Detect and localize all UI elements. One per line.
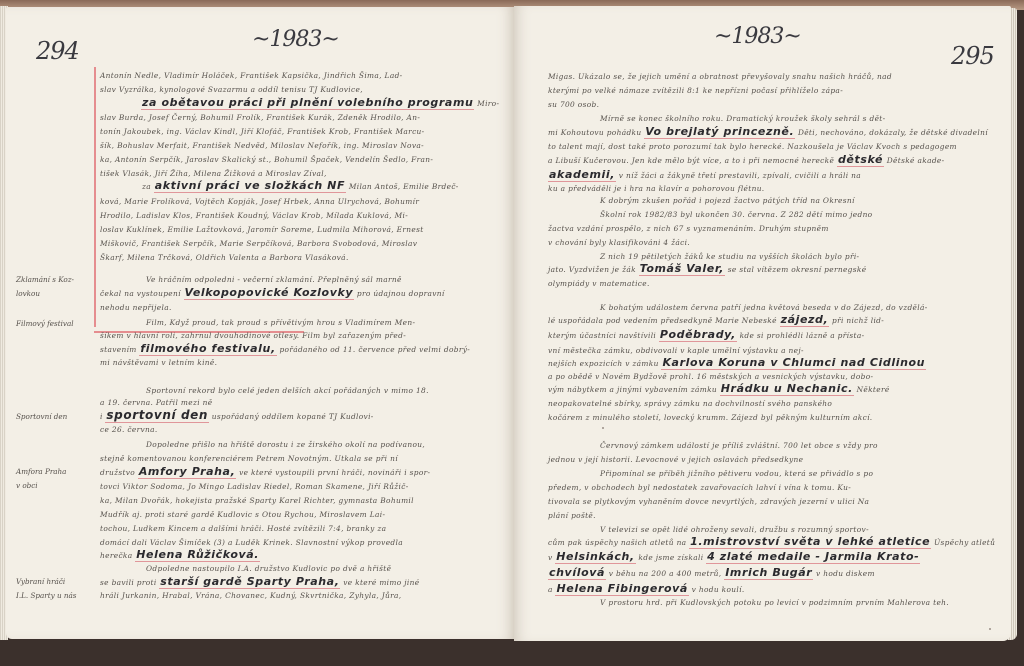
text-line: jato. Vyzdvižen je žák Tomáš Valer, se s… xyxy=(548,262,866,275)
text-line: K bohatým událostem června patří jedna k… xyxy=(600,303,928,312)
text-line: ku a předváděli je i hra na klavír a poh… xyxy=(548,184,765,193)
text-line: Ve hráčním odpoledni - večerní zklamání.… xyxy=(146,275,402,284)
text-line: herečka Helena Růžičková. xyxy=(100,548,260,561)
text-line: Mírně se konec školního roku. Dramatický… xyxy=(600,114,885,123)
highlight: zájezd, xyxy=(780,313,830,327)
highlight: Karlova Koruna v Chlumci nad Cidlinou xyxy=(661,356,926,370)
year-heading: ~1983~ xyxy=(714,24,801,49)
ink-speck xyxy=(602,427,604,429)
text-line: tivovala se plytkovým vyhaněním dovce ne… xyxy=(548,497,869,506)
text-line: předem, v obchodech byl nedostatek zavař… xyxy=(548,483,851,492)
text-line: Škarf, Milena Trčková, Oldřich Valenta a… xyxy=(100,253,349,262)
text-line: Z nich 19 pětiletých žáků ke studiu na v… xyxy=(600,252,859,261)
text-line: plání poště. xyxy=(548,511,596,520)
text-line: domácí dali Václav Šimíček (3) a Luděk K… xyxy=(100,538,403,547)
highlight: chvílová xyxy=(548,566,606,580)
text-line: a Libuší Kučerovou. Jen kde mělo být víc… xyxy=(548,153,944,166)
text-line: Školní rok 1982/83 byl ukončen 30. červn… xyxy=(600,210,872,219)
text-line: kterým účastníci navštívili Poděbrady, k… xyxy=(548,328,864,341)
highlight: Hrádku u Nechanic. xyxy=(720,382,854,396)
right-page: 295 ~1983~ Migas. Ukázalo se, že jejich … xyxy=(514,6,1011,641)
text-line: olympiády v matematice. xyxy=(548,279,650,288)
margin-note: Filmový festival xyxy=(16,317,74,331)
text-line: chvílová v běhu na 200 a 400 metrů, Imri… xyxy=(548,566,875,579)
text-line: ce 26. června. xyxy=(100,425,158,434)
text-line: a 19. června. Patřil mezi ně xyxy=(100,398,213,407)
text-line: šík, Bohuslav Merfait, František Nedvěd,… xyxy=(100,141,424,150)
text-line: Sportovní rekord bylo celé jeden delších… xyxy=(146,386,429,395)
text-line: neopakovatelné sbírky, správy zámku na d… xyxy=(548,399,832,408)
text-line: cům pak úspěchy našich atletů na 1.mistr… xyxy=(548,535,995,548)
text-line: Dopoledne přišlo na hřiště dorostu i ze … xyxy=(146,440,425,449)
text-line: mi návštěvami v letním kině. xyxy=(100,358,217,367)
text-line: v Helsinkách, kde jsme získali 4 zlaté m… xyxy=(548,550,920,563)
text-line: stejně komentovanou konferenciérem Petre… xyxy=(100,454,398,463)
highlight: Imrich Bugár xyxy=(724,566,813,580)
year-heading: ~1983~ xyxy=(252,27,339,52)
highlight: 4 zlaté medaile - Jarmila Krato- xyxy=(706,550,920,564)
text-line: slav Vyzrálka, kynologové Svazarmu a odd… xyxy=(100,85,363,94)
highlight: filmového festivalu, xyxy=(139,342,276,356)
text-line: Mudřík aj. proti staré gardě Kudlovic s … xyxy=(100,510,385,519)
text-line: hráli Jurkanin, Hrabal, Vrána, Chovanec,… xyxy=(100,591,401,600)
text-line: jednou v její historii. Levocnové v jeji… xyxy=(548,455,803,464)
text-line: v chování byly klasifikováni 4 žáci. xyxy=(548,238,690,247)
text-line: se bavili proti starší gardě Sparty Prah… xyxy=(100,575,419,588)
text-line: tovci Viktor Sodoma, Jo Mingo Ladislav R… xyxy=(100,482,409,491)
text-line: žactva vzdání prospělo, z nich 67 s vyzn… xyxy=(548,224,829,233)
text-line: V televizi se opět lidé ohroženy sevali,… xyxy=(600,525,869,534)
text-line: su 700 osob. xyxy=(548,100,599,109)
text-line: mi Kohoutovu pohádku Vo brejlatý princez… xyxy=(548,125,988,138)
highlight: akademii, xyxy=(548,168,616,182)
text-line: družstvo Amfory Praha, ve které vystoupi… xyxy=(100,465,430,478)
text-line: Červnový zámkem událostí je příliš zvláš… xyxy=(600,441,878,450)
margin-note: Zklamání s Koz- lovkou xyxy=(16,273,74,301)
highlight: Vo brejlatý princezně. xyxy=(644,125,795,139)
text-line: tišek Vlasák, Jiří Žíha, Milena Žižková … xyxy=(100,169,327,178)
highlight: Poděbrady, xyxy=(659,328,737,342)
text-line: kterými po velké námaze zvítězili 8:1 ke… xyxy=(548,86,843,95)
text-line: V prostoru hrd. při Kudlovských potoku p… xyxy=(600,598,949,607)
text-line: stavením filmového festivalu, pořádaného… xyxy=(100,342,470,355)
text-line: Film, Když proud, tak proud s přívětivým… xyxy=(146,318,415,327)
text-line: vní městečka zámku, obdivovali v kaple u… xyxy=(548,346,804,355)
margin-note: Sportovní den xyxy=(16,410,67,424)
text-line: Migas. Ukázalo se, že jejich umění a obr… xyxy=(548,72,892,81)
text-line: Připomínal se příběh jižního pětiveru vo… xyxy=(600,469,873,478)
text-line: ka, Antonín Serpčík, Jaroslav Skalický s… xyxy=(100,155,433,164)
margin-note: Vybraní hráči I.L. Sparty u nás xyxy=(16,575,76,603)
highlight: dětské xyxy=(837,153,884,167)
highlight: Helsinkách, xyxy=(555,550,635,564)
margin-rule xyxy=(94,267,96,327)
text-line: Miškovič, František Serpčík, Marie Serpč… xyxy=(100,239,417,248)
text-line: i sportovní den uspořádaný oddílem kopan… xyxy=(100,408,374,422)
ink-speck xyxy=(989,628,991,630)
page-number: 294 xyxy=(36,37,79,65)
highlight: 1.mistrovství světa v lehké atletice xyxy=(689,535,931,549)
text-line: K dobrým zkušen pořád i pojezd žactvo pá… xyxy=(600,196,855,205)
margin-note: Amfora Praha v obci xyxy=(16,465,66,493)
highlight: sportovní den xyxy=(105,408,209,423)
text-line: Odpoledne nastoupilo I.A. družstvo Kudlo… xyxy=(146,564,391,573)
award-line: za obětavou práci při plnění volebního p… xyxy=(141,96,499,109)
text-line: kočárem z minulého století, lovecký krum… xyxy=(548,413,873,422)
text-line: nehodu nepřijela. xyxy=(100,303,172,312)
text-line: tochou, Ludkem Kincem a dalšími hráči. H… xyxy=(100,524,386,533)
page-number: 295 xyxy=(951,42,994,70)
text-line: šíkem v hlavní roli, zahrnul dvouhodinov… xyxy=(100,331,406,340)
highlight: za obětavou práci při plnění volebního p… xyxy=(141,96,474,110)
text-line: loslav Kuklínek, Emilie Lažtovková, Jaro… xyxy=(100,225,424,234)
text-line: nejších expozicích v zámku Karlova Korun… xyxy=(548,356,926,369)
text-line: Antonín Nedle, Vladimír Holáček, Františ… xyxy=(100,71,403,80)
text-line: Hrodilo, Ladislav Klos, František Koudný… xyxy=(100,211,408,220)
text-line: čekal na vystoupení Velkopopovické Kozlo… xyxy=(100,286,445,299)
text-line: ková, Marie Frolíková, Vojtěch Kopják, J… xyxy=(100,197,419,206)
text-line: tonín Jakoubek, ing. Václav Kindl, Jiří … xyxy=(100,127,425,136)
highlight: Helena Růžičková. xyxy=(135,548,260,562)
text-line: vým nábytkem a jinými vybavením zámku Hr… xyxy=(548,382,890,395)
highlight: Helena Fibingerová xyxy=(555,582,688,596)
text-line: a po obědě v Novém Bydžově prohl. 16 měs… xyxy=(548,372,873,381)
text-line: ka, Milan Dvořák, hokejista pražské Spar… xyxy=(100,496,414,505)
highlight: starší gardě Sparty Praha, xyxy=(159,575,340,589)
award-line: za aktivní práci ve složkách NF Milan An… xyxy=(142,179,459,192)
text-line: lé uspořádala pod vedením předsedkyně Ma… xyxy=(548,313,884,326)
left-page: 294 ~1983~ Antonín Nedle, Vladimír Holáč… xyxy=(6,7,514,639)
text-line: slav Burda, Josef Černý, Bohumil Frolík,… xyxy=(100,113,420,122)
text-line: a Helena Fibingerová v hodu koulí. xyxy=(548,582,745,595)
text-line: akademii, v níž žáci a žákyně třetí pres… xyxy=(548,168,861,181)
highlight: Tomáš Valer, xyxy=(639,262,725,276)
highlight: Velkopopovické Kozlovky xyxy=(184,286,355,300)
highlight: aktivní práci ve složkách NF xyxy=(154,179,346,193)
highlight: Amfory Praha, xyxy=(138,465,237,479)
text-line: to talent mají, dost také proto porozumí… xyxy=(548,142,957,151)
